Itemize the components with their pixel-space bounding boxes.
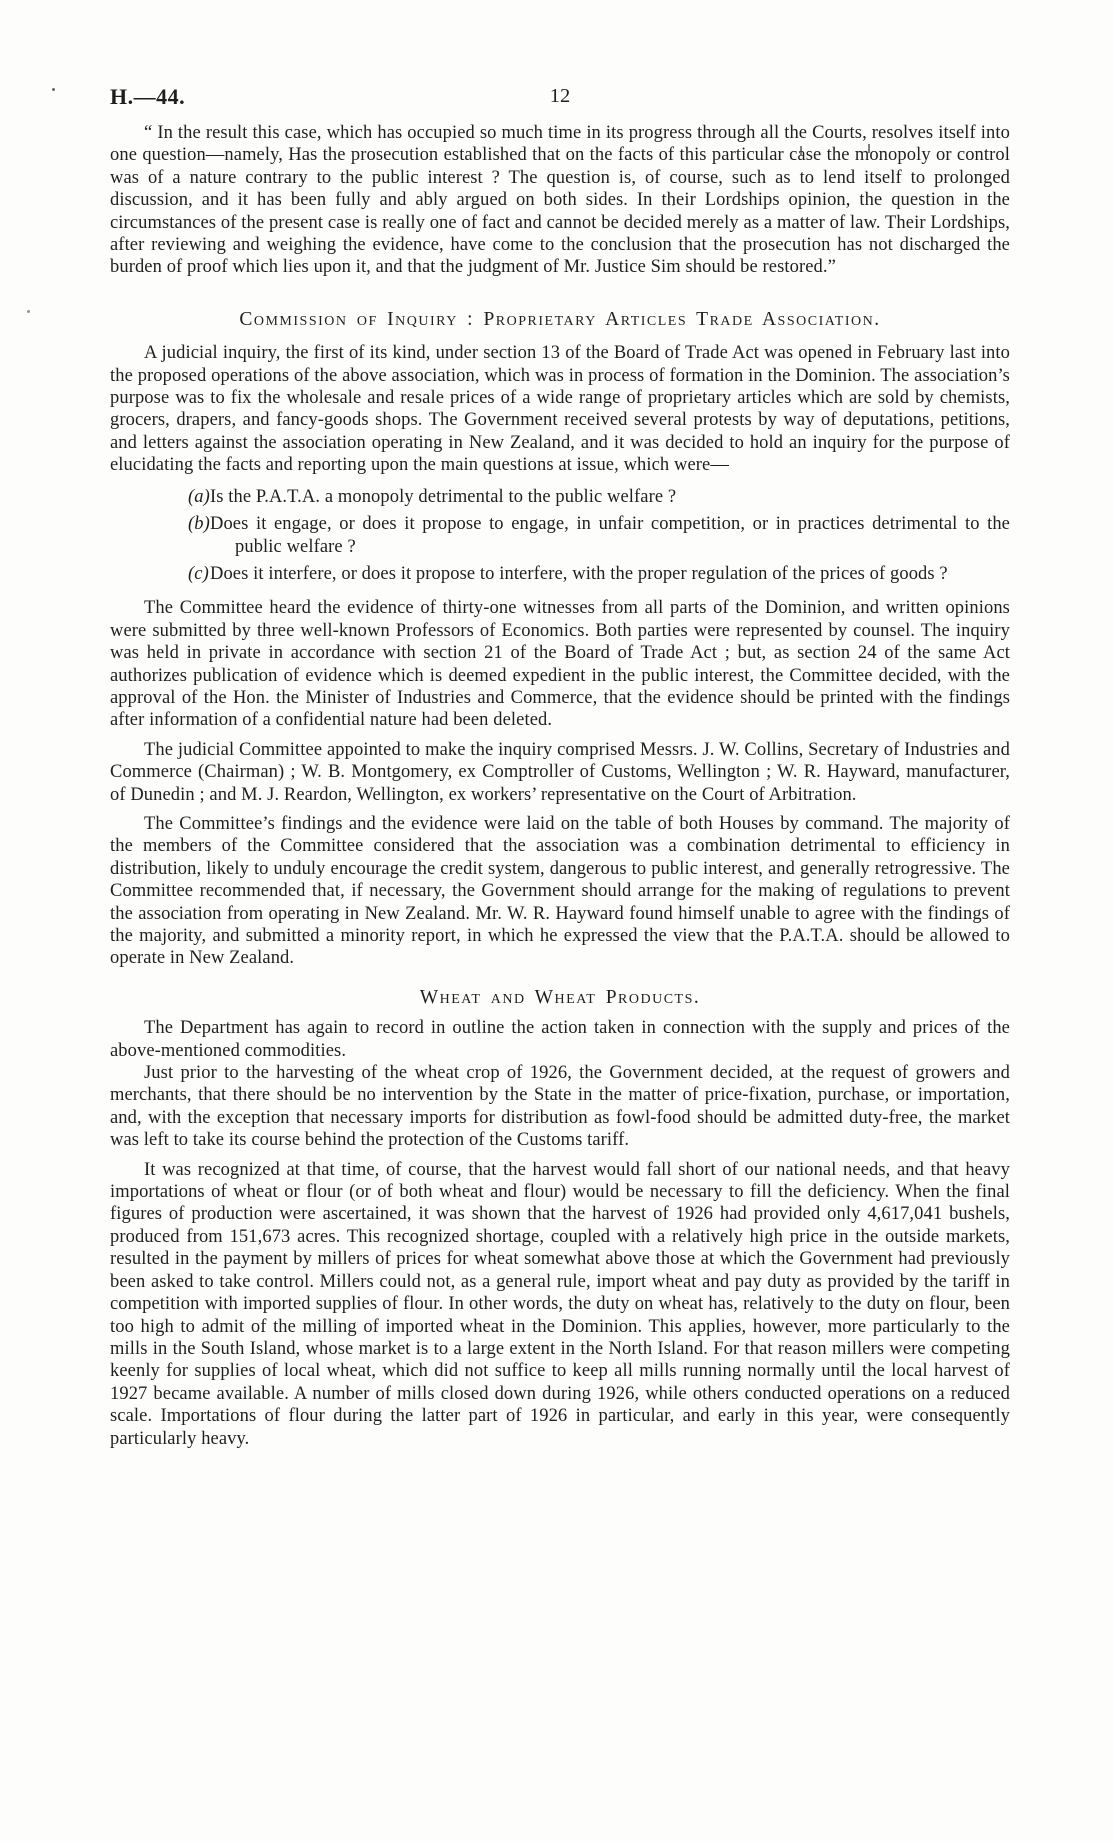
paragraph-inquiry-intro: A judicial inquiry, the first of its kin… [110, 342, 1010, 476]
paragraph-wheat-intro: The Department has again to record in ou… [110, 1017, 1010, 1062]
scanned-report-page: H.—44. 12 “ In the result this case, whi… [0, 0, 1114, 1841]
list-text: Is the P.A.T.A. a monopoly detrimental t… [210, 487, 676, 507]
paragraph-wheat-harvest: Just prior to the harvesting of the whea… [110, 1062, 1010, 1152]
list-marker: (a) [188, 486, 210, 508]
page-body: “ In the result this case, which has occ… [110, 122, 1010, 1450]
section-heading-pata: Commission of Inquiry : Proprietary Arti… [110, 309, 1010, 331]
list-marker: (b) [188, 513, 210, 535]
scan-speck [27, 310, 30, 313]
list-text: Does it engage, or does it propose to en… [210, 514, 1010, 556]
scan-speck [641, 1226, 643, 1228]
paragraph-wheat-shortage: It was recognized at that time, of cours… [110, 1159, 1010, 1450]
section-heading-wheat: Wheat and Wheat Products. [110, 987, 1010, 1009]
ink-artifact [800, 146, 802, 155]
list-item-b: (b) Does it engage, or does it propose t… [110, 513, 1010, 558]
list-text: Does it interfere, or does it propose to… [210, 564, 948, 584]
quote-paragraph: “ In the result this case, which has occ… [110, 122, 1010, 279]
list-item-c: (c) Does it interfere, or does it propos… [110, 563, 1010, 585]
paragraph-committee-members: The judicial Committee appointed to make… [110, 739, 1010, 806]
list-marker: (c) [188, 563, 209, 585]
list-item-a: (a) Is the P.A.T.A. a monopoly detriment… [110, 486, 1010, 508]
paragraph-committee-findings: The Committee’s findings and the evidenc… [110, 813, 1010, 970]
ink-artifact [868, 144, 870, 153]
page-number: 12 [110, 85, 1010, 108]
paragraph-committee-evidence: The Committee heard the evidence of thir… [110, 597, 1010, 731]
scan-speck [672, 204, 674, 206]
page-header: H.—44. 12 [110, 84, 1010, 110]
question-list: (a) Is the P.A.T.A. a monopoly detriment… [110, 486, 1010, 586]
scan-speck [52, 88, 55, 91]
